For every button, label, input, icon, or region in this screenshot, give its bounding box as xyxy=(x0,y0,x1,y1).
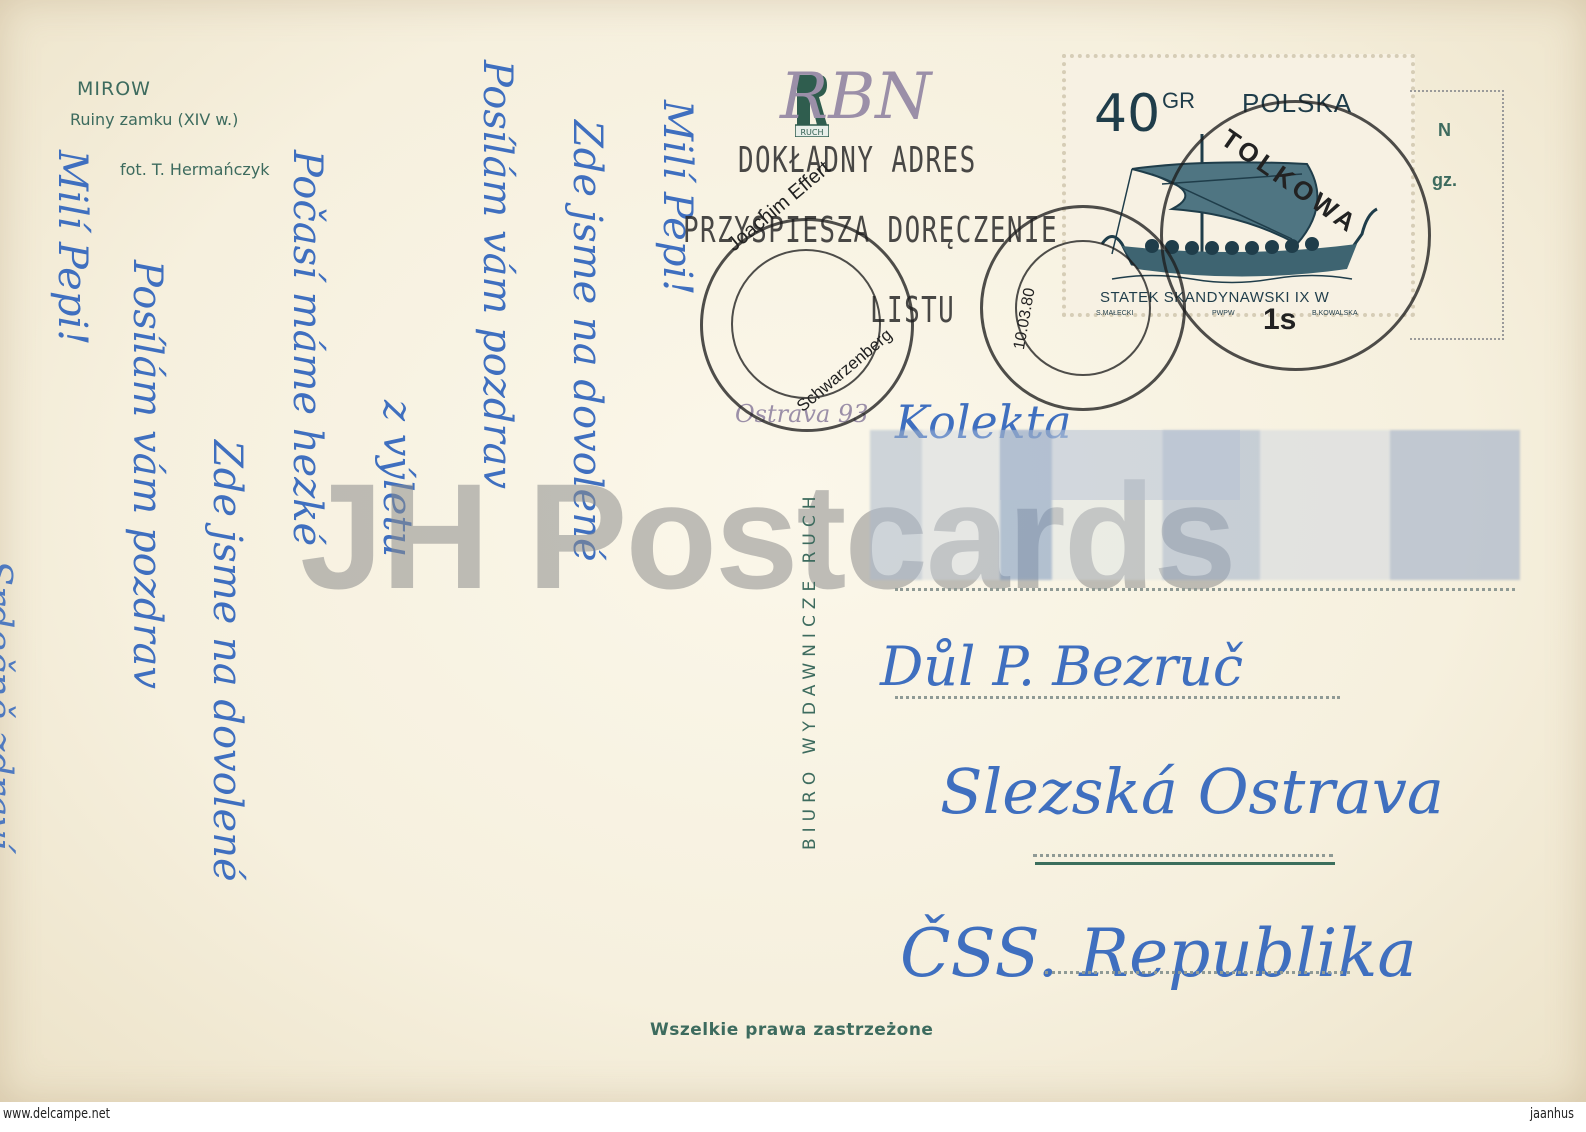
postmark-city: TOLKOWA xyxy=(1215,123,1364,240)
address-rule xyxy=(1033,854,1333,857)
message-line: Zde jsme na dovolené xyxy=(204,440,250,882)
footer-source: www.delcampe.net xyxy=(3,1106,110,1122)
address-rule xyxy=(895,696,1340,699)
postcard-title: MIROW xyxy=(77,78,151,100)
postal-box-text: gz. xyxy=(1432,170,1457,191)
address-rule xyxy=(1045,971,1350,974)
postal-box-text: N xyxy=(1438,120,1451,141)
collector-cachet-1: Joachim Effert Schwarzenberg xyxy=(700,218,914,432)
rights-reserved: Wszelkie prawa zastrzeżone xyxy=(650,1020,933,1040)
message-line: Posílám vám pozdrav xyxy=(124,260,170,689)
redacted-address-block xyxy=(1000,430,1240,500)
slogan-cancel-line-1: DOKŁADNY ADRES xyxy=(738,140,977,181)
address-rule xyxy=(895,588,1515,591)
footer-user: jaanhus xyxy=(1530,1106,1574,1122)
pencil-note: RBN xyxy=(780,60,931,134)
address-line-3: Důl P. Bezruč xyxy=(880,635,1243,698)
postmark-code: 1s xyxy=(1263,303,1296,337)
postcard-subtitle: Ruiny zamku (XIV w.) xyxy=(70,110,238,129)
message-line: Posílám vám pozdrav xyxy=(474,60,520,489)
address-line-5: ČSS. Republika xyxy=(900,915,1417,992)
collector-cachet-2: 10.03.80 xyxy=(980,205,1186,411)
message-line: Milí Pepi! xyxy=(654,100,700,295)
message-line: Milí Pepi! xyxy=(49,150,95,345)
stamp-unit: GR xyxy=(1162,88,1195,114)
postcard: MIROW Ruiny zamku (XIV w.) fot. T. Herma… xyxy=(0,0,1586,1102)
round-postmark: 1s TOLKOWA xyxy=(1160,100,1431,371)
publisher-vertical: BIURO WYDAWNICZE RUCH xyxy=(800,490,820,850)
photographer-credit: fot. T. Hermańczyk xyxy=(120,160,270,179)
address-line-4: Slezská Ostrava xyxy=(940,755,1444,828)
address-underline xyxy=(1035,862,1335,865)
message-line: Srdečně zdraví xyxy=(0,560,20,850)
